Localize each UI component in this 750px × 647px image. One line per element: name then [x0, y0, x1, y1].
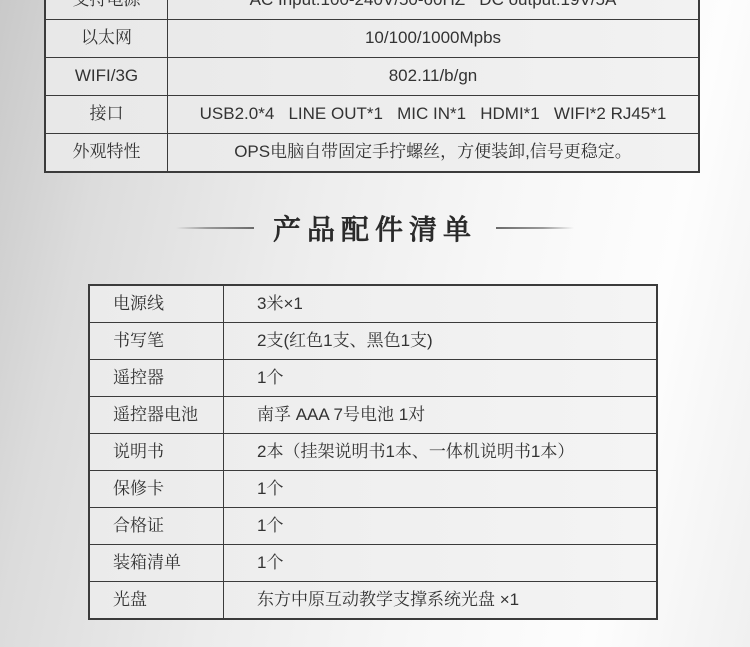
- spec-value: OPS电脑自带固定手拧螺丝，方便装卸,信号更稳定。: [168, 134, 698, 171]
- table-row: 外观特性 OPS电脑自带固定手拧螺丝，方便装卸,信号更稳定。: [46, 133, 698, 171]
- table-row: 书写笔 2支(红色1支、黑色1支): [90, 322, 656, 359]
- title-rule-right: [496, 227, 574, 229]
- table-row: 遥控器 1个: [90, 359, 656, 396]
- accessory-value: 1个: [224, 508, 656, 544]
- accessory-label: 遥控器: [90, 360, 224, 396]
- product-detail-page: 支持电源 AC Input:100-240V/50-60HZ DC output…: [0, 0, 750, 647]
- accessories-table: 电源线 3米×1 书写笔 2支(红色1支、黑色1支) 遥控器 1个 遥控器电池 …: [88, 284, 658, 620]
- spec-value: AC Input:100-240V/50-60HZ DC output:19V/…: [168, 0, 698, 19]
- accessory-label: 说明书: [90, 434, 224, 470]
- spec-value: 802.11/b/gn: [168, 58, 698, 95]
- spec-value: USB2.0*4 LINE OUT*1 MIC IN*1 HDMI*1 WIFI…: [168, 96, 698, 133]
- accessory-value: 1个: [224, 360, 656, 396]
- table-row: 光盘 东方中原互动教学支撑系统光盘 ×1: [90, 581, 656, 618]
- accessory-value: 1个: [224, 471, 656, 507]
- accessory-value: 南孚 AAA 7号电池 1对: [224, 397, 656, 433]
- table-row: 以太网 10/100/1000Mpbs: [46, 19, 698, 57]
- section-title: 产品配件清单: [273, 208, 477, 248]
- accessory-value: 3米×1: [224, 286, 656, 322]
- spec-label: 以太网: [46, 20, 168, 57]
- table-row: 说明书 2本（挂架说明书1本、一体机说明书1本）: [90, 433, 656, 470]
- accessory-label: 装箱清单: [90, 545, 224, 581]
- accessory-value: 1个: [224, 545, 656, 581]
- accessory-label: 合格证: [90, 508, 224, 544]
- spec-label: WIFI/3G: [46, 58, 168, 95]
- table-row: 接口 USB2.0*4 LINE OUT*1 MIC IN*1 HDMI*1 W…: [46, 95, 698, 133]
- table-row: WIFI/3G 802.11/b/gn: [46, 57, 698, 95]
- accessory-label: 保修卡: [90, 471, 224, 507]
- section-title-block: 产品配件清单: [0, 206, 750, 250]
- table-row: 保修卡 1个: [90, 470, 656, 507]
- table-row: 装箱清单 1个: [90, 544, 656, 581]
- accessory-value: 2支(红色1支、黑色1支): [224, 323, 656, 359]
- spec-label: 外观特性: [46, 134, 168, 171]
- accessory-label: 书写笔: [90, 323, 224, 359]
- table-row: 合格证 1个: [90, 507, 656, 544]
- table-row: 支持电源 AC Input:100-240V/50-60HZ DC output…: [46, 0, 698, 19]
- accessory-label: 光盘: [90, 582, 224, 618]
- spec-label: 支持电源: [46, 0, 168, 19]
- spec-value: 10/100/1000Mpbs: [168, 20, 698, 57]
- spec-table: 支持电源 AC Input:100-240V/50-60HZ DC output…: [44, 0, 700, 173]
- accessory-label: 电源线: [90, 286, 224, 322]
- accessory-label: 遥控器电池: [90, 397, 224, 433]
- spec-label: 接口: [46, 96, 168, 133]
- title-rule-left: [176, 227, 254, 229]
- table-row: 电源线 3米×1: [90, 286, 656, 322]
- accessory-value: 东方中原互动教学支撑系统光盘 ×1: [224, 582, 656, 618]
- table-row: 遥控器电池 南孚 AAA 7号电池 1对: [90, 396, 656, 433]
- accessory-value: 2本（挂架说明书1本、一体机说明书1本）: [224, 434, 656, 470]
